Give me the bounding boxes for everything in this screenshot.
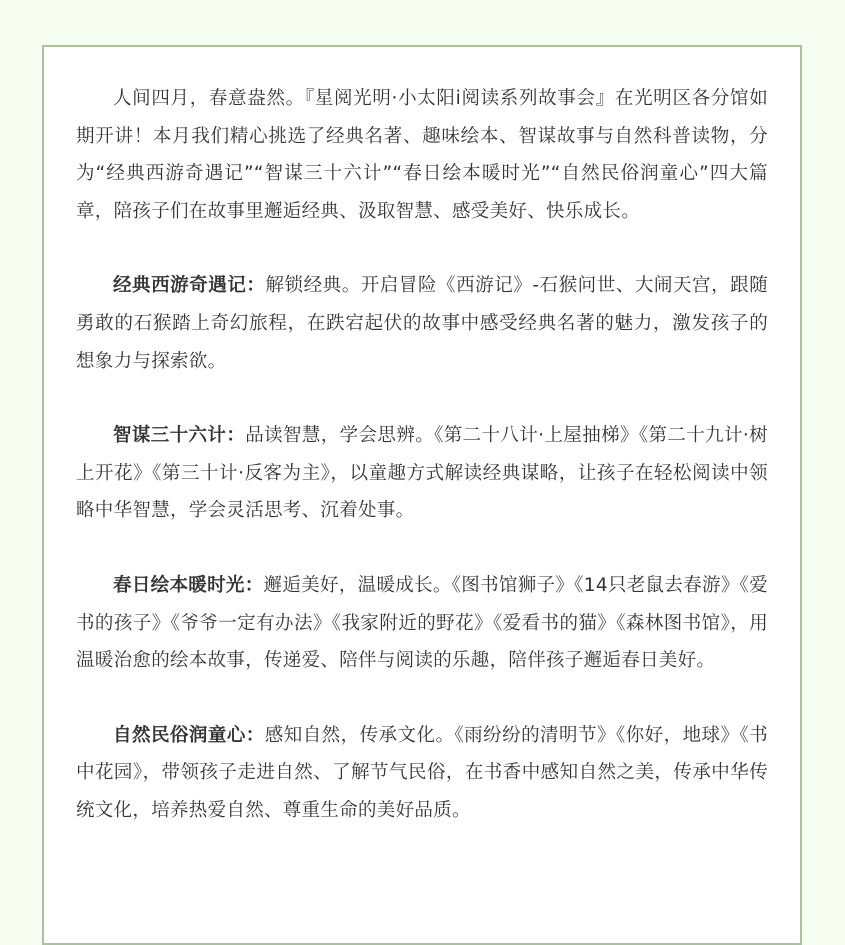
section-title: 自然民俗润童心： bbox=[113, 725, 265, 746]
section-title: 智谋三十六计： bbox=[113, 425, 245, 446]
section-nature-folklore: 自然民俗润童心：感知自然，传承文化。《雨纷纷的清明节》《你好，地球》《书中花园》… bbox=[76, 717, 768, 830]
section-36-stratagems: 智谋三十六计：品读智慧，学会思辨。《第二十八计·上屋抽梯》《第二十九计·树上开花… bbox=[76, 417, 768, 530]
section-title: 经典西游奇遇记： bbox=[113, 275, 265, 296]
section-journey-west: 经典西游奇遇记：解锁经典。开启冒险《西游记》-石猴问世、大闹天宫，跟随勇敢的石猴… bbox=[76, 267, 768, 380]
intro-paragraph: 人间四月，春意盎然。『星阅光明·小太阳i阅读系列故事会』在光明区各分馆如期开讲！… bbox=[76, 80, 768, 230]
section-title: 春日绘本暖时光： bbox=[113, 575, 264, 596]
article-card: 人间四月，春意盎然。『星阅光明·小太阳i阅读系列故事会』在光明区各分馆如期开讲！… bbox=[42, 45, 802, 870]
section-spring-picture-books: 春日绘本暖时光：邂逅美好，温暖成长。《图书馆狮子》《14只老鼠去春游》《爱书的孩… bbox=[76, 567, 768, 680]
